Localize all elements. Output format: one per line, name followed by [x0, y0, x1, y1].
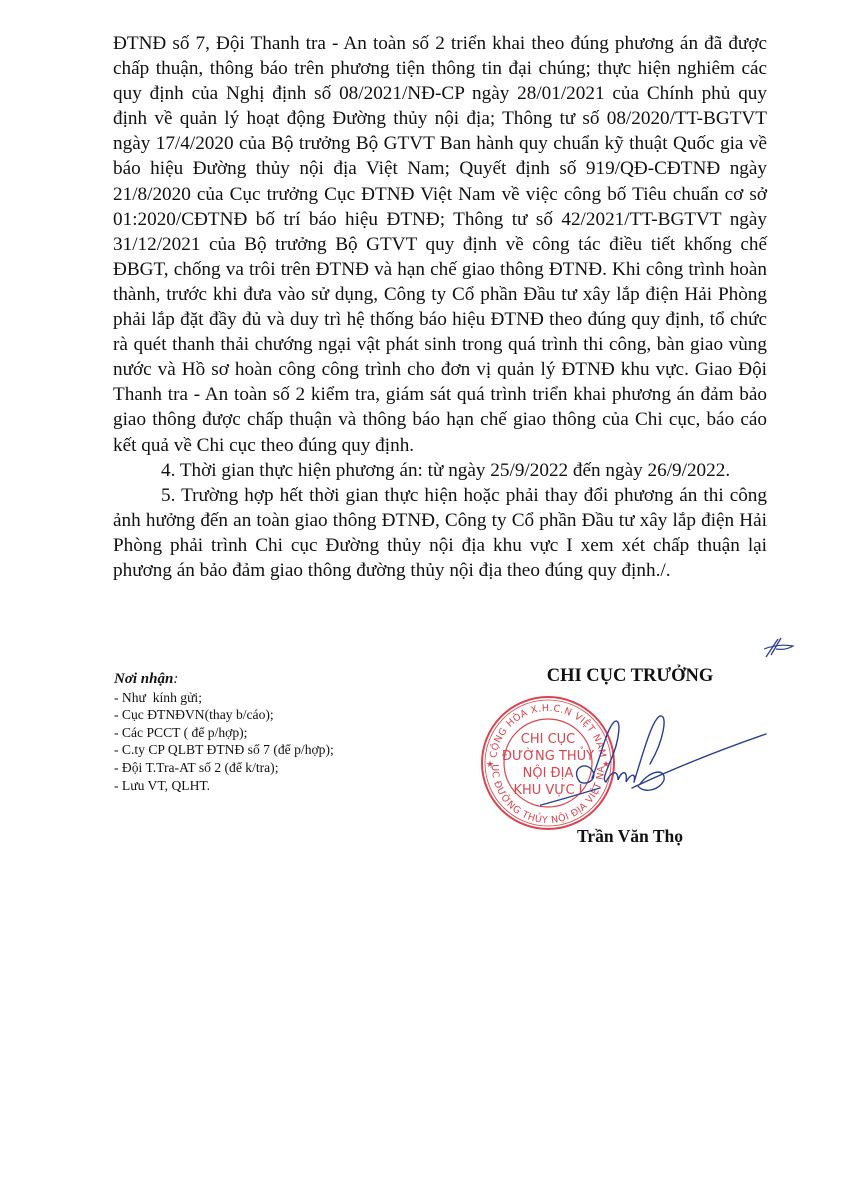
- paragraph-item-4: 4. Thời gian thực hiện phương án: từ ngà…: [113, 458, 767, 483]
- recipient-item: - Đội T.Tra-AT số 2 (để k/tra);: [114, 759, 434, 777]
- recipient-item: - Các PCCT ( để p/hợp);: [114, 724, 434, 742]
- signer-name: Trần Văn Thọ: [560, 826, 700, 847]
- document-body: ĐTNĐ số 7, Đội Thanh tra - An toàn số 2 …: [113, 31, 767, 583]
- recipients-block: Nơi nhận: - Như kính gửi; - Cục ĐTNĐVN(t…: [114, 670, 434, 794]
- document-page: ĐTNĐ số 7, Đội Thanh tra - An toàn số 2 …: [0, 0, 849, 1200]
- recipient-item: - Như kính gửi;: [114, 689, 434, 707]
- recipient-item: - Lưu VT, QLHT.: [114, 777, 434, 795]
- initials-mark-icon: [762, 635, 796, 661]
- paragraph-item-5: 5. Trường hợp hết thời gian thực hiện ho…: [113, 483, 767, 583]
- recipient-item: - C.ty CP QLBT ĐTNĐ số 7 (để p/hợp);: [114, 741, 434, 759]
- paragraph-continuation: ĐTNĐ số 7, Đội Thanh tra - An toàn số 2 …: [113, 31, 767, 458]
- signatory-title: CHI CỤC TRƯỞNG: [520, 666, 740, 687]
- svg-text:★: ★: [486, 760, 494, 770]
- recipients-title: Nơi nhận:: [114, 670, 434, 689]
- handwritten-signature-icon: [540, 700, 770, 830]
- recipient-item: - Cục ĐTNĐVN(thay b/cáo);: [114, 706, 434, 724]
